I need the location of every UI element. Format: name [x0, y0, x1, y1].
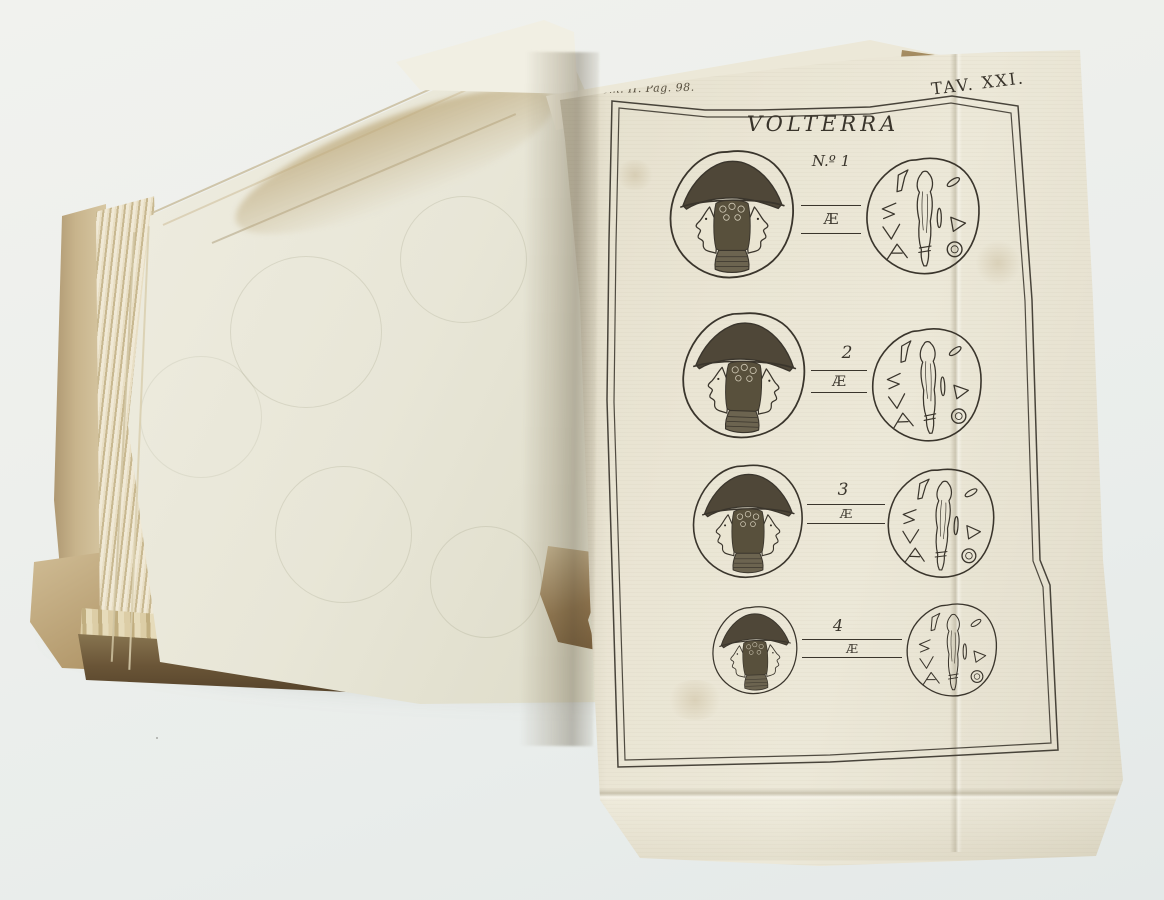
show-through-coin-outline [140, 356, 262, 478]
metal-band: Æ [811, 370, 867, 393]
obverse-coin-janus-head-icon [705, 600, 804, 699]
foldout-plate-sheet: Tom. II. Pag. 98. TAV. XXI. VOLTERRA N.º… [545, 40, 1135, 885]
metal-mark: Æ [823, 212, 838, 227]
obverse-coin-janus-head-icon [686, 459, 810, 583]
coin-number-label: 3 [813, 480, 873, 500]
show-through-coin-outline [400, 196, 527, 323]
reverse-coin-club-legend-icon [858, 152, 986, 280]
obverse-coin-janus-head-icon [673, 304, 816, 447]
reverse-coin-club-legend-icon [877, 460, 1003, 586]
photo-open-antique-book: Tom. II. Pag. 98. TAV. XXI. VOLTERRA N.º… [0, 0, 1164, 900]
reverse-coin-club-legend-icon [862, 321, 990, 449]
obverse-coin-janus-head-icon [662, 144, 802, 284]
metal-mark: Æ [832, 375, 846, 389]
book-gutter-shadow [519, 52, 599, 747]
show-through-coin-outline [275, 466, 412, 603]
metal-mark: Æ [840, 508, 853, 521]
coin-number-label: N.º 1 [795, 152, 867, 170]
plate-title: VOLTERRA [703, 112, 943, 136]
dust-speck [156, 737, 158, 739]
coin-number-label: 4 [808, 616, 868, 635]
reverse-coin-club-legend-icon [900, 599, 1002, 701]
metal-band: Æ [807, 504, 885, 524]
metal-mark: Æ [846, 643, 858, 655]
metal-band: Æ [802, 639, 902, 658]
metal-band: Æ [801, 205, 861, 234]
